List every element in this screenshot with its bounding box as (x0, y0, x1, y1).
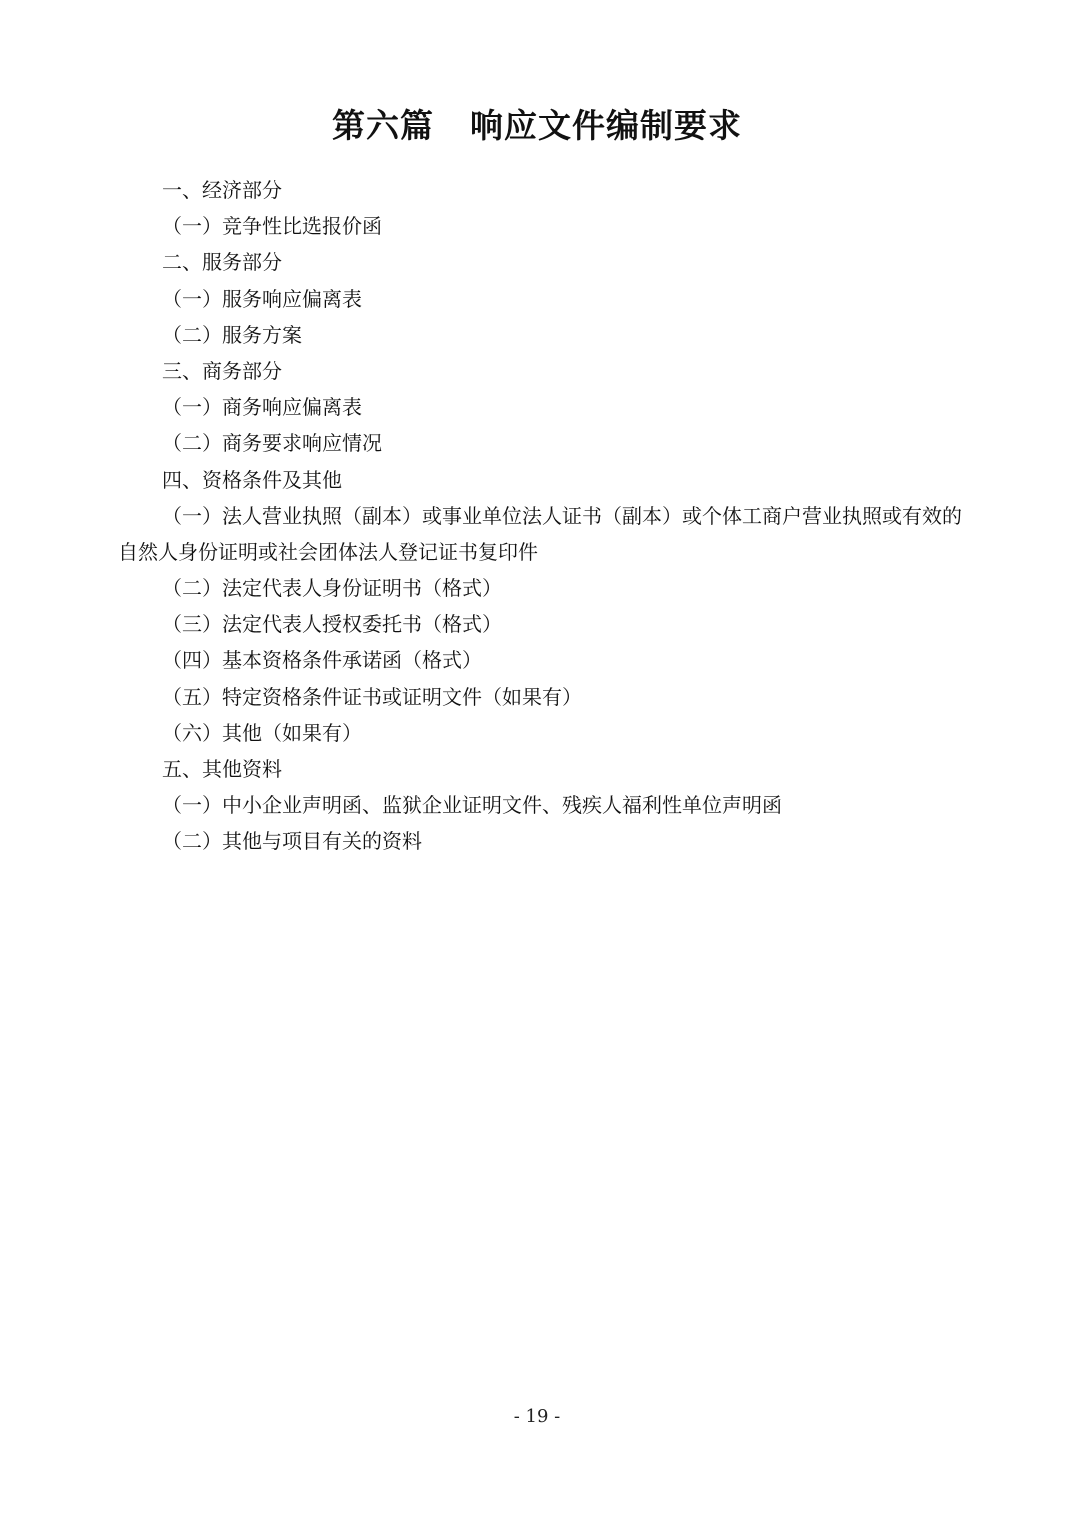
list-item: （一）商务响应偏离表 (118, 389, 978, 425)
page-title: 第六篇响应文件编制要求 (0, 100, 1074, 147)
list-item: （六）其他（如果有） (118, 715, 978, 751)
list-item: （一）中小企业声明函、监狱企业证明文件、残疾人福利性单位声明函 (118, 787, 978, 823)
list-item: （一）法人营业执照（副本）或事业单位法人证书（副本）或个体工商户营业执照或有效的… (118, 498, 978, 570)
title-part-number: 第六篇 (332, 106, 434, 145)
list-item: （一）竞争性比选报价函 (118, 208, 978, 244)
list-item: （四）基本资格条件承诺函（格式） (118, 642, 978, 678)
list-item: （五）特定资格条件证书或证明文件（如果有） (118, 679, 978, 715)
list-item: （三）法定代表人授权委托书（格式） (118, 606, 978, 642)
list-item: （二）服务方案 (118, 317, 978, 353)
title-text: 响应文件编制要求 (470, 106, 742, 145)
document-body: 一、经济部分 （一）竞争性比选报价函 二、服务部分 （一）服务响应偏离表 （二）… (118, 172, 978, 860)
list-item: （二）商务要求响应情况 (118, 425, 978, 461)
page-number: - 19 - (0, 1406, 1074, 1427)
section-heading: 一、经济部分 (118, 172, 978, 208)
list-item: （二）法定代表人身份证明书（格式） (118, 570, 978, 606)
section-heading: 五、其他资料 (118, 751, 978, 787)
section-heading: 二、服务部分 (118, 244, 978, 280)
list-item: （二）其他与项目有关的资料 (118, 823, 978, 859)
list-item: （一）服务响应偏离表 (118, 281, 978, 317)
section-heading: 三、商务部分 (118, 353, 978, 389)
section-heading: 四、资格条件及其他 (118, 462, 978, 498)
